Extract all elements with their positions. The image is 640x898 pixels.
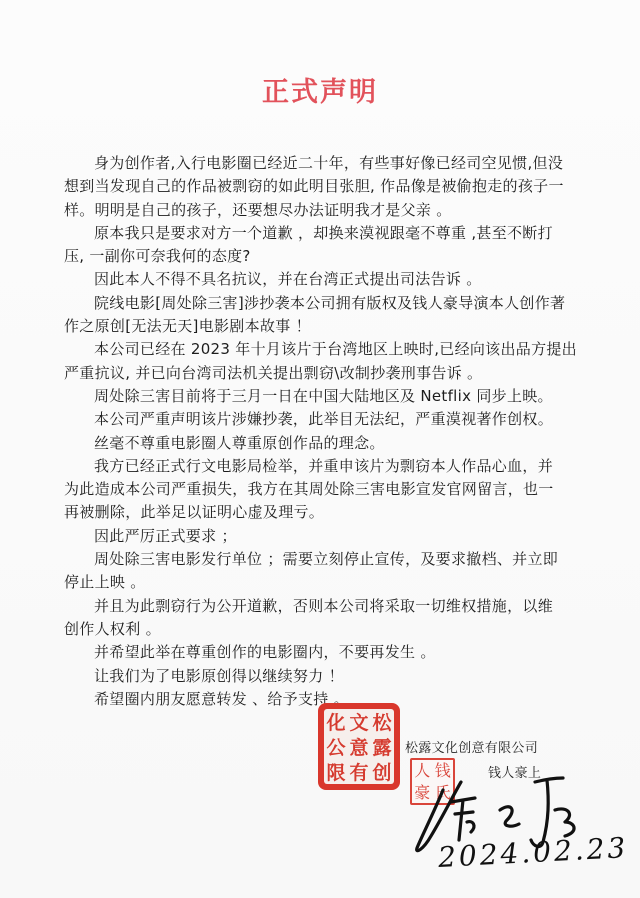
body-line: 让我们为了电影原创得以继续努力 ！ <box>64 665 564 688</box>
seal-char: 公 <box>325 736 347 760</box>
body-line: 本公司严重声明该片涉嫌抄袭，此举目无法纪，严重漠视著作创权。 <box>64 408 564 431</box>
document-title: 正式声明 <box>0 70 640 109</box>
document-page: 正式声明 身为创作者,入行电影圈已经近二十年，有些事好像已经司空见惯,但没 想到… <box>0 0 640 898</box>
seal-char: 松 <box>371 711 393 735</box>
seal-char: 露 <box>371 736 393 760</box>
seal-char: 化 <box>325 711 347 735</box>
body-line: 我方已经正式行文电影局检举，并重申该片为剽窃本人作品心血，并 <box>64 455 564 478</box>
body-line: 压, 一副你可奈我何的态度? <box>64 245 564 268</box>
body-line: 原本我只是要求对方一个道歉 ，却换来漠视跟毫不尊重 ,甚至不断打 <box>64 222 564 245</box>
body-line: 停止上映 。 <box>64 571 564 594</box>
body-line: 再被删除，此举足以证明心虚及理亏。 <box>64 501 564 524</box>
body-line: 周处除三害目前将于三月一日在中国大陆地区及 Netflix 同步上映。 <box>64 385 564 408</box>
body-line: 因此本人不得不具名抗议，并在台湾正式提出司法告诉 。 <box>64 268 564 291</box>
body-line: 并希望此举在尊重创作的电影圈内，不要再发生 。 <box>64 641 564 664</box>
seal-char: 文 <box>348 711 370 735</box>
body-line: 创作人权利 。 <box>64 618 564 641</box>
body-line: 院线电影[周处除三害]涉抄袭本公司拥有版权及钱人豪导演本人创作著 <box>64 292 564 315</box>
body-line: 样。明明是自己的孩子，还要想尽办法证明我才是父亲 。 <box>64 199 564 222</box>
body-line: 周处除三害电影发行单位 ；需要立刻停止宣传，及要求撤档、并立即 <box>64 548 564 571</box>
body-line: 因此严厉正式要求 ； <box>64 525 564 548</box>
body-line: 并且为此剽窃行为公开道歉，否则本公司将采取一切维权措施，以维 <box>64 595 564 618</box>
company-name: 松露文化创意有限公司 <box>405 737 538 756</box>
seal-char: 有 <box>348 761 370 785</box>
company-seal-grid: 化 文 松 公 意 露 限 有 创 <box>324 709 394 784</box>
body-line: 本公司已经在 2023 年十月该片于台湾地区上映时,已经向该出品方提出 <box>64 338 564 361</box>
seal-char: 创 <box>371 761 393 785</box>
body-line: 想到当发现自己的作品被剽窃的如此明目张胆, 作品像是被偷抱走的孩子一 <box>64 175 564 198</box>
body-line: 身为创作者,入行电影圈已经近二十年，有些事好像已经司空见惯,但没 <box>64 152 564 175</box>
body-line: 丝毫不尊重电影圈人尊重原创作品的理念。 <box>64 432 564 455</box>
statement-body: 身为创作者,入行电影圈已经近二十年，有些事好像已经司空见惯,但没 想到当发现自己… <box>64 152 564 711</box>
company-seal-icon: 化 文 松 公 意 露 限 有 创 <box>318 703 400 790</box>
body-line: 作之原创[无法无天]电影剧本故事 ！ <box>64 315 564 338</box>
body-line: 希望圈内朋友愿意转发 、给予支持 。 <box>64 688 564 711</box>
body-line: 为此造成本公司严重损失，我方在其周处除三害电影宣发官网留言，也一 <box>64 478 564 501</box>
seal-char: 意 <box>348 736 370 760</box>
body-line: 严重抗议, 并已向台湾司法机关提出剽窃\改制抄袭刑事告诉 。 <box>64 362 564 385</box>
seal-char: 限 <box>325 761 347 785</box>
